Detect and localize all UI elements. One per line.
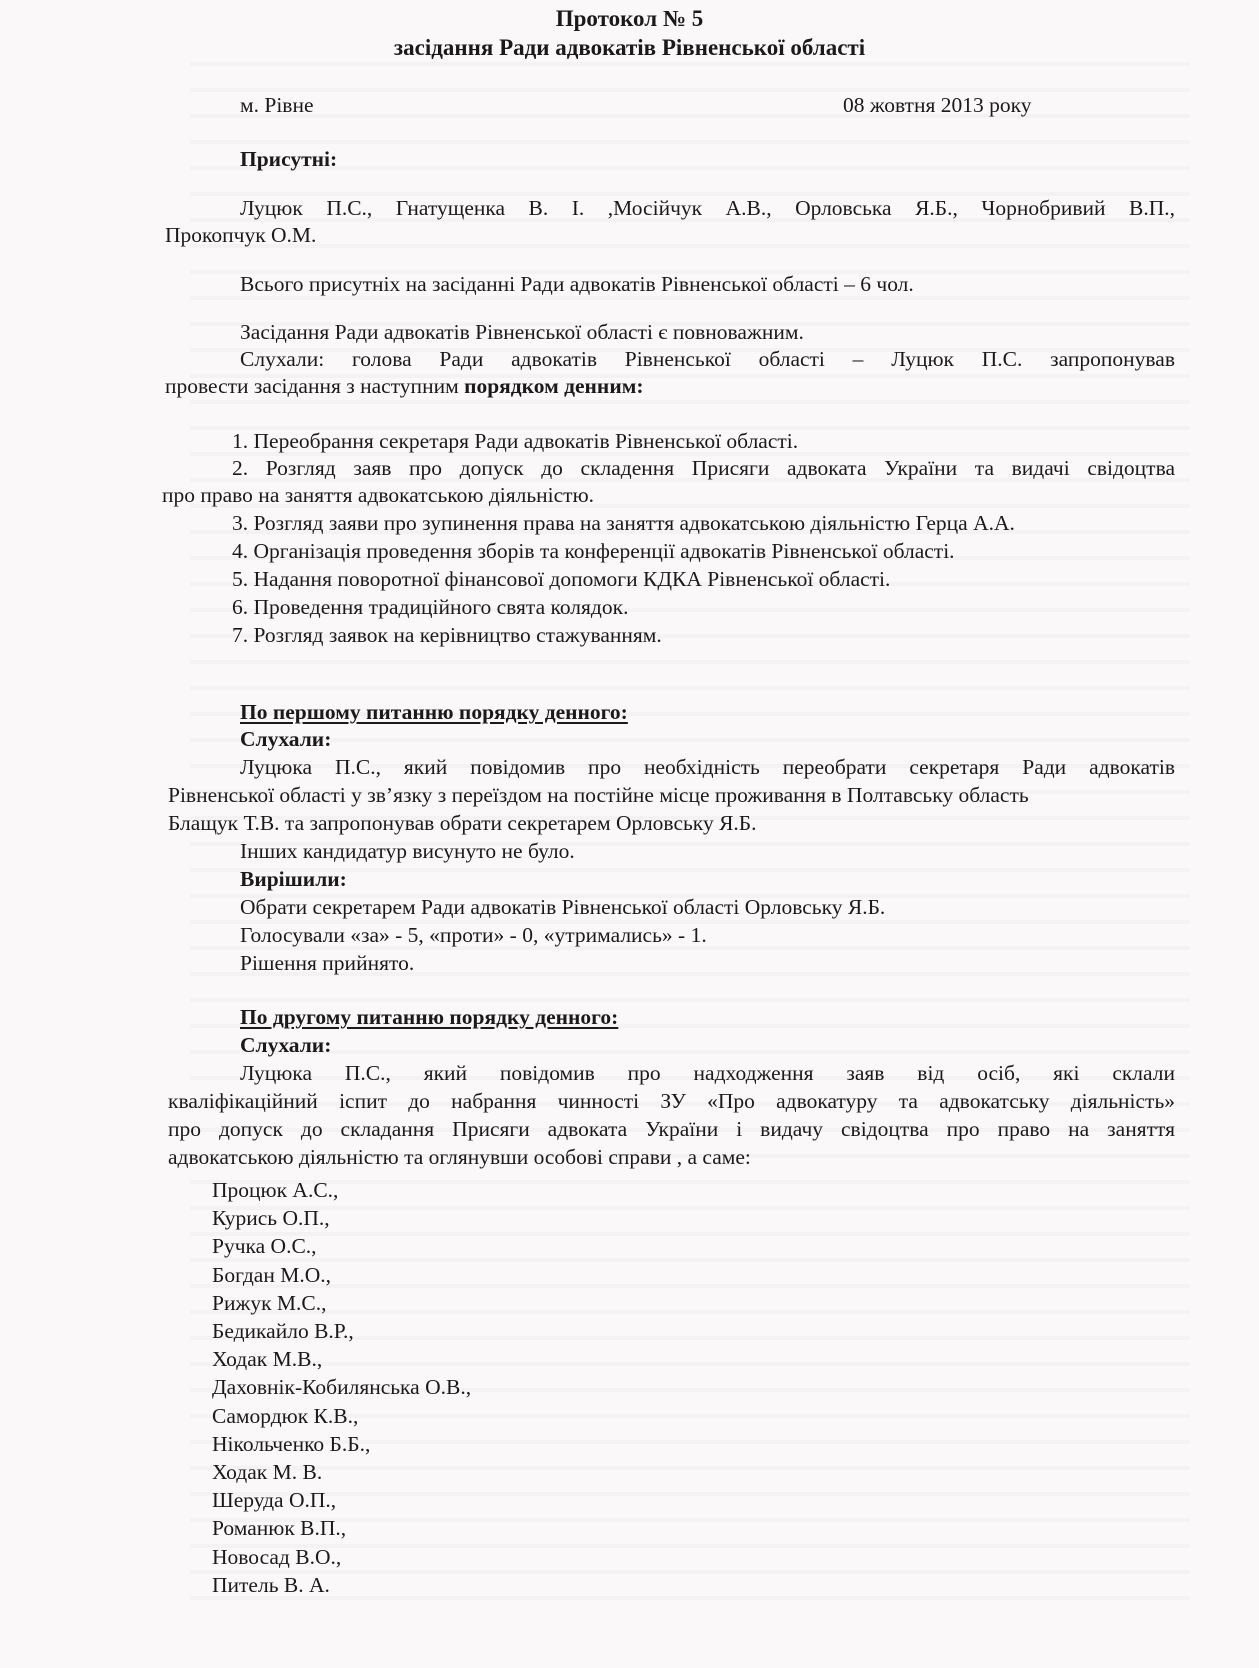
applicant-name: Рижук М.С., (212, 1289, 471, 1317)
agenda-item: 7. Розгляд заявок на керівництво стажува… (232, 622, 662, 648)
agenda-item: 5. Надання поворотної фінансової допомог… (232, 566, 890, 592)
proposal-line-1: Слухали: голова Ради адвокатів Рівненськ… (240, 346, 1175, 372)
item1-heading: По першому питанню порядку денного: (240, 699, 628, 725)
item1-heard-label: Слухали: (240, 726, 331, 752)
applicant-name: Нікольченко Б.Б., (212, 1430, 471, 1458)
document-subtitle: засідання Ради адвокатів Рівненської обл… (0, 35, 1259, 61)
attendance-label: Присутні: (240, 146, 337, 172)
item1-result: Рішення прийнято. (240, 950, 414, 976)
item2-heard-line-3: про допуск до складання Присяги адвоката… (168, 1116, 1175, 1142)
date: 08 жовтня 2013 року (843, 92, 1032, 118)
agenda-item-continued: про право на заняття адвокатською діяльн… (162, 482, 594, 508)
agenda-item: 3. Розгляд заяви про зупинення права на … (232, 510, 1015, 536)
document-page: Протокол № 5 засідання Ради адвокатів Рі… (0, 0, 1259, 1668)
item1-decision: Обрати секретарем Ради адвокатів Рівненс… (240, 894, 885, 920)
agenda-item: 2. Розгляд заяв про допуск до складення … (232, 455, 1175, 481)
applicant-name: Романюк В.П., (212, 1514, 471, 1542)
quorum-statement: Засідання Ради адвокатів Рівненської обл… (240, 319, 804, 345)
item1-heard-line-2: Рівненської області у зв’язку з переїздо… (168, 782, 1029, 808)
item1-heard-line-3: Блащук Т.В. та запропонував обрати секре… (168, 810, 757, 836)
applicant-name: Богдан М.О., (212, 1261, 471, 1289)
applicant-name: Питель В. А. (212, 1571, 471, 1599)
document-title: Протокол № 5 (0, 6, 1259, 32)
attendance-total: Всього присутніх на засіданні Ради адвок… (240, 271, 914, 297)
item2-heading: По другому питанню порядку денного: (240, 1004, 618, 1030)
item1-vote: Голосували «за» - 5, «проти» - 0, «утрим… (240, 922, 707, 948)
item2-heard-line-2: кваліфікаційний іспит до набрання чиннос… (168, 1088, 1175, 1114)
agenda-item: 4. Організація проведення зборів та конф… (232, 538, 955, 564)
applicant-name: Самордюк К.В., (212, 1402, 471, 1430)
applicant-name: Новосад В.О., (212, 1543, 471, 1571)
agenda-item: 1. Переобрання секретаря Ради адвокатів … (232, 428, 798, 454)
applicant-name: Бедикайло В.Р., (212, 1317, 471, 1345)
applicant-name: Ходак М. В. (212, 1458, 471, 1486)
item2-heard-label: Слухали: (240, 1032, 331, 1058)
applicant-name: Процюк А.С., (212, 1176, 471, 1204)
city: м. Рівне (240, 92, 314, 118)
proposal-text: провести засідання з наступним (165, 374, 464, 398)
item2-heard-line-1: Луцюка П.С., який повідомив про надходже… (240, 1060, 1175, 1086)
applicant-name: Даховнік-Кобилянська О.В., (212, 1373, 471, 1401)
item1-decided-label: Вирішили: (240, 866, 347, 892)
item2-heard-line-4: адвокатською діяльністю та оглянувши осо… (168, 1144, 751, 1170)
applicants-list: Процюк А.С., Курись О.П., Ручка О.С., Бо… (212, 1176, 471, 1599)
proposal-line-2: провести засідання з наступним порядком … (165, 373, 644, 399)
applicant-name: Шеруда О.П., (212, 1486, 471, 1514)
attendees-line-2: Прокопчук О.М. (165, 222, 316, 248)
attendees-line-1: Луцюк П.С., Гнатущенка В. І. ,Мосійчук А… (240, 195, 1175, 221)
agenda-item: 6. Проведення традиційного свята колядок… (232, 594, 628, 620)
applicant-name: Ручка О.С., (212, 1232, 471, 1260)
applicant-name: Курись О.П., (212, 1204, 471, 1232)
applicant-name: Ходак М.В., (212, 1345, 471, 1373)
agenda-label: порядком денним: (464, 374, 643, 398)
item1-no-other-candidates: Інших кандидатур висунуто не було. (240, 838, 575, 864)
item1-heard-line-1: Луцюка П.С., який повідомив про необхідн… (240, 754, 1175, 780)
